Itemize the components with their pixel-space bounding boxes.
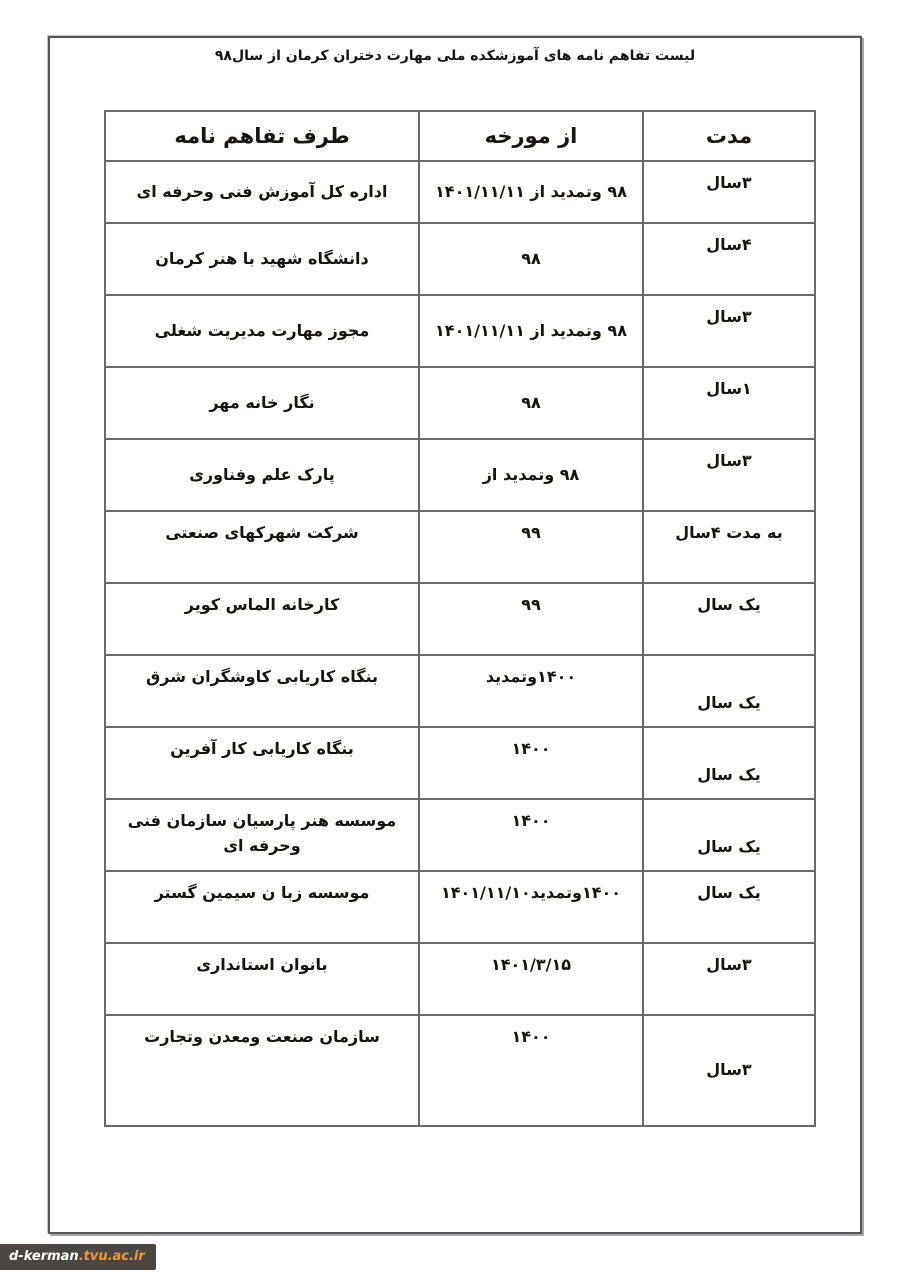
- cell-date: ۱۴۰۰: [419, 799, 643, 871]
- table-row: ۱سال۹۸نگار خانه مهر: [105, 367, 815, 439]
- cell-duration: یک سال: [643, 727, 815, 799]
- watermark-site-name: d-kerman: [9, 1249, 79, 1264]
- cell-date: ۱۴۰۱/۳/۱۵: [419, 943, 643, 1015]
- cell-date: ۹۸ وتمدید از: [419, 439, 643, 511]
- cell-duration: ۳سال: [643, 161, 815, 223]
- column-header-duration: مدت: [643, 111, 815, 161]
- cell-party: بنگاه کاریابی کاوشگران شرق: [105, 655, 419, 727]
- table-row: ۳سال۹۸ وتمدید از ۱۴۰۱/۱۱/۱۱مجوز مهارت مد…: [105, 295, 815, 367]
- cell-party: مجوز مهارت مدیریت شغلی: [105, 295, 419, 367]
- cell-duration: یک سال: [643, 871, 815, 943]
- column-header-party: طرف تفاهم نامه: [105, 111, 419, 161]
- cell-date: ۹۹: [419, 583, 643, 655]
- table-row: یک سال۱۴۰۰بنگاه کاریابی کار آفرین: [105, 727, 815, 799]
- cell-date: ۹۸: [419, 367, 643, 439]
- table-row: ۳سال۱۴۰۰سازمان صنعت ومعدن وتجارت: [105, 1015, 815, 1126]
- table-header: مدت از مورخه طرف تفاهم نامه: [105, 111, 815, 161]
- cell-duration: ۳سال: [643, 439, 815, 511]
- table-row: یک سال۹۹کارخانه الماس کویر: [105, 583, 815, 655]
- table-row: یک سال۱۴۰۰موسسه هنر پارسیان سازمان فنی و…: [105, 799, 815, 871]
- column-header-date: از مورخه: [419, 111, 643, 161]
- cell-date: ۹۸: [419, 223, 643, 295]
- cell-party: پارک علم وفناوری: [105, 439, 419, 511]
- mou-table: مدت از مورخه طرف تفاهم نامه ۳سال۹۸ وتمدی…: [104, 110, 816, 1127]
- watermark-site-domain: .tvu.ac.ir: [79, 1249, 145, 1264]
- table-row: ۳سال۹۸ وتمدید از ۱۴۰۱/۱۱/۱۱اداره کل آموز…: [105, 161, 815, 223]
- scanned-document-page: لیست تفاهم نامه های آموزشکده ملی مهارت د…: [0, 0, 900, 1273]
- cell-date: ۱۴۰۰: [419, 727, 643, 799]
- cell-date: ۱۴۰۰وتمدید۱۴۰۱/۱۱/۱۰: [419, 871, 643, 943]
- cell-party: بنگاه کاریابی کار آفرین: [105, 727, 419, 799]
- cell-duration: ۳سال: [643, 1015, 815, 1126]
- table-row: یک سال۱۴۰۰وتمدید۱۴۰۱/۱۱/۱۰موسسه زبا ن سی…: [105, 871, 815, 943]
- cell-duration: ۳سال: [643, 943, 815, 1015]
- page-title: لیست تفاهم نامه های آموزشکده ملی مهارت د…: [48, 48, 862, 64]
- cell-party: شرکت شهرکهای صنعتی: [105, 511, 419, 583]
- cell-date: ۹۹: [419, 511, 643, 583]
- cell-date: ۹۸ وتمدید از ۱۴۰۱/۱۱/۱۱: [419, 161, 643, 223]
- table-row: ۴سال۹۸دانشگاه شهید با هنر کرمان: [105, 223, 815, 295]
- cell-party: سازمان صنعت ومعدن وتجارت: [105, 1015, 419, 1126]
- cell-date: ۹۸ وتمدید از ۱۴۰۱/۱۱/۱۱: [419, 295, 643, 367]
- cell-party: نگار خانه مهر: [105, 367, 419, 439]
- cell-party: کارخانه الماس کویر: [105, 583, 419, 655]
- cell-duration: یک سال: [643, 583, 815, 655]
- cell-date: ۱۴۰۰: [419, 1015, 643, 1126]
- table-row: یک سال۱۴۰۰وتمدیدبنگاه کاریابی کاوشگران ش…: [105, 655, 815, 727]
- cell-party: موسسه زبا ن سیمین گستر: [105, 871, 419, 943]
- table-row: به مدت ۴سال۹۹شرکت شهرکهای صنعتی: [105, 511, 815, 583]
- cell-date: ۱۴۰۰وتمدید: [419, 655, 643, 727]
- cell-party: دانشگاه شهید با هنر کرمان: [105, 223, 419, 295]
- cell-party: موسسه هنر پارسیان سازمان فنی وحرفه ای: [105, 799, 419, 871]
- table-row: ۳سال۱۴۰۱/۳/۱۵بانوان استانداری: [105, 943, 815, 1015]
- cell-duration: یک سال: [643, 799, 815, 871]
- cell-duration: ۱سال: [643, 367, 815, 439]
- cell-duration: به مدت ۴سال: [643, 511, 815, 583]
- site-watermark: d-kerman.tvu.ac.ir: [0, 1244, 156, 1270]
- cell-duration: ۴سال: [643, 223, 815, 295]
- cell-duration: یک سال: [643, 655, 815, 727]
- cell-party: اداره کل آموزش فنی وحرفه ای: [105, 161, 419, 223]
- table-row: ۳سال۹۸ وتمدید ازپارک علم وفناوری: [105, 439, 815, 511]
- table-header-row: مدت از مورخه طرف تفاهم نامه: [105, 111, 815, 161]
- cell-party: بانوان استانداری: [105, 943, 419, 1015]
- table-body: ۳سال۹۸ وتمدید از ۱۴۰۱/۱۱/۱۱اداره کل آموز…: [105, 161, 815, 1126]
- cell-duration: ۳سال: [643, 295, 815, 367]
